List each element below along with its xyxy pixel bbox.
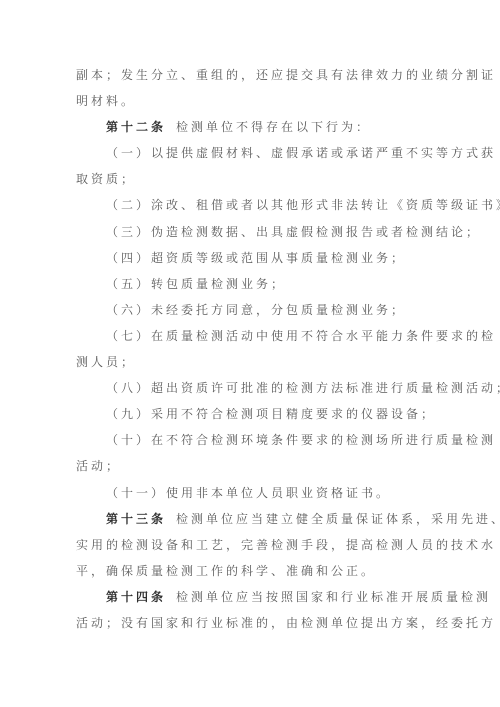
list-item-line: （二）涂改、租借或者以其他形式非法转让《资质等级证书》； bbox=[76, 192, 426, 218]
list-item-line: （五）转包质量检测业务； bbox=[76, 271, 426, 297]
article-number: 第十四条 bbox=[106, 590, 166, 604]
list-item-line: （九）采用不符合检测项目精度要求的仪器设备； bbox=[76, 401, 426, 427]
line-text: 实用的检测设备和工艺，完善检测手段，提高检测人员的技术水 bbox=[76, 538, 496, 552]
line-text: （六）未经委托方同意，分包质量检测业务； bbox=[106, 303, 406, 317]
article-13-heading-line: 第十三条检测单位应当建立健全质量保证体系，采用先进、 bbox=[76, 506, 426, 532]
paragraph-line: 副本；发生分立、重组的，还应提交具有法律效力的业绩分割证 bbox=[76, 62, 426, 88]
line-text: 测人员； bbox=[76, 355, 136, 369]
paragraph-line: 明材料。 bbox=[76, 88, 426, 114]
line-text: （五）转包质量检测业务； bbox=[106, 277, 286, 291]
line-text: （一）以提供虚假材料、虚假承诺或承诺严重不实等方式获 bbox=[106, 146, 496, 160]
article-14-heading-line: 第十四条检测单位应当按照国家和行业标准开展质量检测 bbox=[76, 584, 426, 610]
article-number: 第十二条 bbox=[106, 120, 166, 134]
line-text: （九）采用不符合检测项目精度要求的仪器设备； bbox=[106, 407, 436, 421]
list-item-line: （八）超出资质许可批准的检测方法标准进行质量检测活动； bbox=[76, 375, 426, 401]
list-item-continuation: 测人员； bbox=[76, 349, 426, 375]
line-text: （三）伪造检测数据、出具虚假检测报告或者检测结论； bbox=[106, 225, 481, 239]
line-text: 活动；没有国家和行业标准的，由检测单位提出方案，经委托方 bbox=[76, 616, 496, 630]
line-text: 检测单位应当按照国家和行业标准开展质量检测 bbox=[176, 590, 491, 604]
list-item-line: （十）在不符合检测环境条件要求的检测场所进行质量检测 bbox=[76, 427, 426, 453]
line-text: 检测单位应当建立健全质量保证体系，采用先进、 bbox=[176, 512, 500, 526]
line-text: （二）涂改、租借或者以其他形式非法转让《资质等级证书》； bbox=[106, 198, 500, 212]
line-text: 明材料。 bbox=[76, 94, 136, 108]
article-12-heading-line: 第十二条检测单位不得存在以下行为： bbox=[76, 114, 426, 140]
line-text: 副本；发生分立、重组的，还应提交具有法律效力的业绩分割证 bbox=[76, 68, 496, 82]
list-item-line: （一）以提供虚假材料、虚假承诺或承诺严重不实等方式获 bbox=[76, 140, 426, 166]
line-text: 检测单位不得存在以下行为： bbox=[176, 120, 371, 134]
list-item-line: （七）在质量检测活动中使用不符合水平能力条件要求的检 bbox=[76, 323, 426, 349]
line-text: 活动； bbox=[76, 459, 121, 473]
line-text: （十一）使用非本单位人员职业资格证书。 bbox=[106, 486, 391, 500]
line-text: 平，确保质量检测工作的科学、准确和公正。 bbox=[76, 564, 376, 578]
line-text: （十）在不符合检测环境条件要求的检测场所进行质量检测 bbox=[106, 433, 496, 447]
document-page: 副本；发生分立、重组的，还应提交具有法律效力的业绩分割证 明材料。 第十二条检测… bbox=[0, 0, 500, 707]
list-item-line: （三）伪造检测数据、出具虚假检测报告或者检测结论； bbox=[76, 219, 426, 245]
line-text: 取资质； bbox=[76, 172, 136, 186]
list-item-line: （四）超资质等级或范围从事质量检测业务； bbox=[76, 245, 426, 271]
list-item-continuation: 活动； bbox=[76, 453, 426, 479]
article-number: 第十三条 bbox=[106, 512, 166, 526]
paragraph-line: 活动；没有国家和行业标准的，由检测单位提出方案，经委托方 bbox=[76, 610, 426, 636]
paragraph-line: 平，确保质量检测工作的科学、准确和公正。 bbox=[76, 558, 426, 584]
line-text: （七）在质量检测活动中使用不符合水平能力条件要求的检 bbox=[106, 329, 496, 343]
line-text: （四）超资质等级或范围从事质量检测业务； bbox=[106, 251, 406, 265]
paragraph-line: 实用的检测设备和工艺，完善检测手段，提高检测人员的技术水 bbox=[76, 532, 426, 558]
document-body: 副本；发生分立、重组的，还应提交具有法律效力的业绩分割证 明材料。 第十二条检测… bbox=[76, 62, 426, 636]
line-text: （八）超出资质许可批准的检测方法标准进行质量检测活动； bbox=[106, 381, 500, 395]
list-item-line: （六）未经委托方同意，分包质量检测业务； bbox=[76, 297, 426, 323]
list-item-line: （十一）使用非本单位人员职业资格证书。 bbox=[76, 480, 426, 506]
list-item-continuation: 取资质； bbox=[76, 166, 426, 192]
